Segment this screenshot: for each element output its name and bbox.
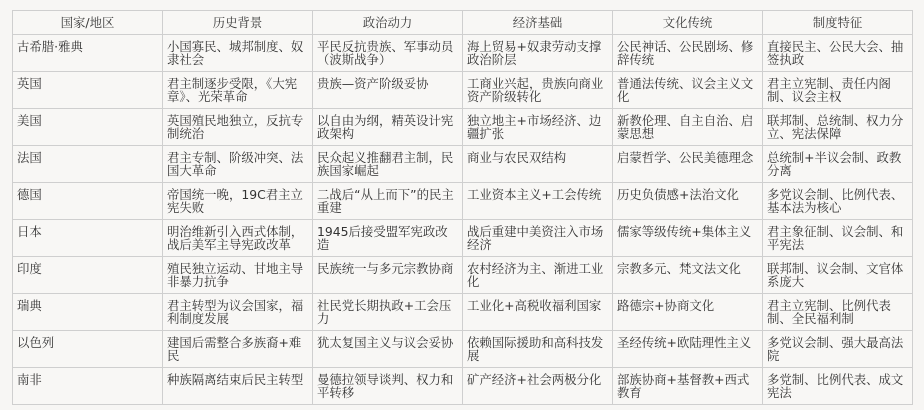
table-row: 南非 种族隔离结束后民主转型 曼德拉领导谈判、权力和平转移 矿产经济+社会两极分… (13, 368, 913, 405)
cell-institutions: 君主象征制、议会制、和平宪法 (763, 220, 913, 257)
cell-politics: 民族统一与多元宗教协商 (313, 257, 463, 294)
header-politics: 政治动力 (313, 11, 463, 35)
cell-country: 美国 (13, 109, 163, 146)
comparison-table-container: 国家/地区 历史背景 政治动力 经济基础 文化传统 制度特征 古希腊·雅典 小国… (12, 10, 913, 405)
cell-history: 殖民独立运动、甘地主导非暴力抗争 (163, 257, 313, 294)
table-row: 英国 君主制逐步受限，《大宪章》、光荣革命 贵族—资产阶级妥协 工商业兴起，贵族… (13, 72, 913, 109)
header-history: 历史背景 (163, 11, 313, 35)
democracy-comparison-table: 国家/地区 历史背景 政治动力 经济基础 文化传统 制度特征 古希腊·雅典 小国… (12, 10, 913, 405)
cell-culture: 部族协商+基督教+西式教育 (613, 368, 763, 405)
cell-country: 法国 (13, 146, 163, 183)
table-row: 印度 殖民独立运动、甘地主导非暴力抗争 民族统一与多元宗教协商 农村经济为主、渐… (13, 257, 913, 294)
cell-country: 英国 (13, 72, 163, 109)
cell-institutions: 君主立宪制、比例代表制、全民福利制 (763, 294, 913, 331)
cell-institutions: 直接民主、公民大会、抽签执政 (763, 35, 913, 72)
cell-institutions: 多党制、比例代表、成文宪法 (763, 368, 913, 405)
cell-country: 以色列 (13, 331, 163, 368)
table-row: 日本 明治维新引入西式体制，战后美军主导宪政改革 1945后接受盟军宪政改造 战… (13, 220, 913, 257)
cell-politics: 犹太复国主义与议会妥协 (313, 331, 463, 368)
header-country: 国家/地区 (13, 11, 163, 35)
cell-history: 君主制逐步受限，《大宪章》、光荣革命 (163, 72, 313, 109)
cell-history: 帝国统一晚，19C君主立宪失败 (163, 183, 313, 220)
cell-economy: 依赖国际援助和高科技发展 (463, 331, 613, 368)
cell-politics: 平民反抗贵族、军事动员（波斯战争） (313, 35, 463, 72)
cell-politics: 以自由为纲，精英设计宪政架构 (313, 109, 463, 146)
header-culture: 文化传统 (613, 11, 763, 35)
cell-history: 小国寡民、城邦制度、奴隶社会 (163, 35, 313, 72)
cell-institutions: 联邦制、议会制、文官体系庞大 (763, 257, 913, 294)
cell-history: 种族隔离结束后民主转型 (163, 368, 313, 405)
cell-economy: 工业化+高税收福利国家 (463, 294, 613, 331)
cell-institutions: 多党议会制、比例代表、基本法为核心 (763, 183, 913, 220)
cell-culture: 路德宗+协商文化 (613, 294, 763, 331)
cell-economy: 矿产经济+社会两极分化 (463, 368, 613, 405)
cell-politics: 社民党长期执政+工会压力 (313, 294, 463, 331)
table-row: 德国 帝国统一晚，19C君主立宪失败 二战后“从上而下”的民主重建 工业资本主义… (13, 183, 913, 220)
cell-economy: 独立地主+市场经济、边疆扩张 (463, 109, 613, 146)
table-row: 瑞典 君主转型为议会国家，福利制度发展 社民党长期执政+工会压力 工业化+高税收… (13, 294, 913, 331)
cell-history: 君主转型为议会国家，福利制度发展 (163, 294, 313, 331)
cell-culture: 新教伦理、自主自治、启蒙思想 (613, 109, 763, 146)
cell-culture: 宗教多元、梵文法文化 (613, 257, 763, 294)
cell-economy: 农村经济为主、渐进工业化 (463, 257, 613, 294)
cell-culture: 历史负债感+法治文化 (613, 183, 763, 220)
cell-politics: 贵族—资产阶级妥协 (313, 72, 463, 109)
cell-country: 德国 (13, 183, 163, 220)
table-row: 古希腊·雅典 小国寡民、城邦制度、奴隶社会 平民反抗贵族、军事动员（波斯战争） … (13, 35, 913, 72)
cell-country: 瑞典 (13, 294, 163, 331)
cell-culture: 公民神话、公民剧场、修辞传统 (613, 35, 763, 72)
table-row: 美国 英国殖民地独立，反抗专制统治 以自由为纲，精英设计宪政架构 独立地主+市场… (13, 109, 913, 146)
cell-economy: 商业与农民双结构 (463, 146, 613, 183)
cell-country: 古希腊·雅典 (13, 35, 163, 72)
cell-politics: 二战后“从上而下”的民主重建 (313, 183, 463, 220)
cell-history: 英国殖民地独立，反抗专制统治 (163, 109, 313, 146)
table-row: 法国 君主专制、阶级冲突、法国大革命 民众起义推翻君主制，民族国家崛起 商业与农… (13, 146, 913, 183)
cell-history: 君主专制、阶级冲突、法国大革命 (163, 146, 313, 183)
header-institutions: 制度特征 (763, 11, 913, 35)
cell-country: 日本 (13, 220, 163, 257)
table-header-row: 国家/地区 历史背景 政治动力 经济基础 文化传统 制度特征 (13, 11, 913, 35)
cell-culture: 启蒙哲学、公民美德理念 (613, 146, 763, 183)
cell-politics: 1945后接受盟军宪政改造 (313, 220, 463, 257)
header-economy: 经济基础 (463, 11, 613, 35)
cell-institutions: 联邦制、总统制、权力分立、宪法保障 (763, 109, 913, 146)
cell-country: 南非 (13, 368, 163, 405)
cell-politics: 民众起义推翻君主制，民族国家崛起 (313, 146, 463, 183)
cell-economy: 战后重建中美资注入市场经济 (463, 220, 613, 257)
cell-economy: 海上贸易+奴隶劳动支撑政治阶层 (463, 35, 613, 72)
table-row: 以色列 建国后需整合多族裔+难民 犹太复国主义与议会妥协 依赖国际援助和高科技发… (13, 331, 913, 368)
cell-history: 明治维新引入西式体制，战后美军主导宪政改革 (163, 220, 313, 257)
cell-institutions: 多党议会制、强大最高法院 (763, 331, 913, 368)
cell-country: 印度 (13, 257, 163, 294)
cell-culture: 圣经传统+欧陆理性主义 (613, 331, 763, 368)
cell-politics: 曼德拉领导谈判、权力和平转移 (313, 368, 463, 405)
cell-culture: 儒家等级传统+集体主义 (613, 220, 763, 257)
cell-culture: 普通法传统、议会主义文化 (613, 72, 763, 109)
cell-institutions: 总统制+半议会制、政教分离 (763, 146, 913, 183)
cell-institutions: 君主立宪制、责任内阁制、议会主权 (763, 72, 913, 109)
cell-economy: 工业资本主义+工会传统 (463, 183, 613, 220)
cell-history: 建国后需整合多族裔+难民 (163, 331, 313, 368)
cell-economy: 工商业兴起，贵族向商业资产阶级转化 (463, 72, 613, 109)
